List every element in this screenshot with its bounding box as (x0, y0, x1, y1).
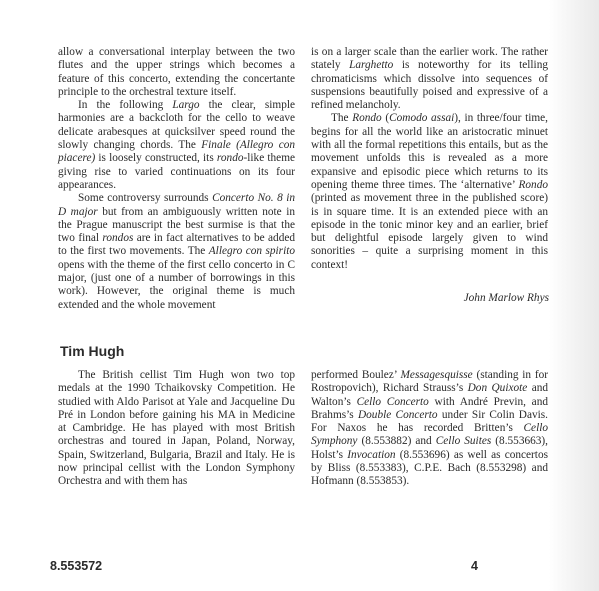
work-title: Invocation (347, 449, 395, 461)
notes-paragraph: allow a conversational interplay between… (58, 46, 295, 99)
text-run: Some controversy surrounds (78, 192, 212, 204)
catalog-number: 8.553572 (50, 559, 102, 573)
movement-title: Allegro con spirito (209, 245, 295, 257)
movement-title: Larghetto (349, 59, 393, 71)
work-title: Messagesquisse (401, 369, 473, 381)
notes-paragraph: Some controversy surrounds Concerto No. … (58, 192, 295, 312)
movement-title: Rondo (519, 179, 549, 191)
term: rondos (102, 232, 133, 244)
biography-left-column: The British cellist Tim Hugh won two top… (58, 369, 295, 489)
notes-right-column: is on a larger scale than the earlier wo… (311, 46, 548, 272)
text-run: (8.553882) and (357, 435, 435, 447)
work-title: Don Quixote (468, 382, 528, 394)
work-title: Double Concerto (358, 409, 438, 421)
movement-title: Largo (172, 99, 199, 111)
page-edge-shadow (549, 0, 599, 591)
text-run: In the following (78, 99, 172, 111)
movement-title: Rondo (352, 112, 382, 124)
page-number: 4 (471, 559, 478, 573)
notes-paragraph: In the following Largo the clear, simple… (58, 99, 295, 192)
notes-paragraph: The Rondo (Comodo assai), in three/four … (311, 112, 548, 272)
biography-paragraph: performed Boulez’ Messagesquisse (standi… (311, 369, 548, 489)
text-run: The (331, 112, 352, 124)
section-heading: Tim Hugh (60, 343, 124, 359)
term: rondo (217, 152, 244, 164)
biography-paragraph: The British cellist Tim Hugh won two top… (58, 369, 295, 489)
work-title: Cello Suites (436, 435, 492, 447)
tempo-marking: Comodo assai (389, 112, 454, 124)
biography-right-column: performed Boulez’ Messagesquisse (standi… (311, 369, 548, 489)
text-run: (printed as movement three in the publis… (311, 192, 548, 270)
notes-paragraph: is on a larger scale than the earlier wo… (311, 46, 548, 112)
work-title: Cello Concerto (357, 396, 429, 408)
text-run: opens with the theme of the first cello … (58, 259, 295, 311)
text-run: performed Boulez’ (311, 369, 401, 381)
text-run: ( (382, 112, 389, 124)
author-signature: John Marlow Rhys (464, 292, 549, 304)
notes-left-column: allow a conversational interplay between… (58, 46, 295, 312)
text-run: is loosely constructed, its (95, 152, 217, 164)
